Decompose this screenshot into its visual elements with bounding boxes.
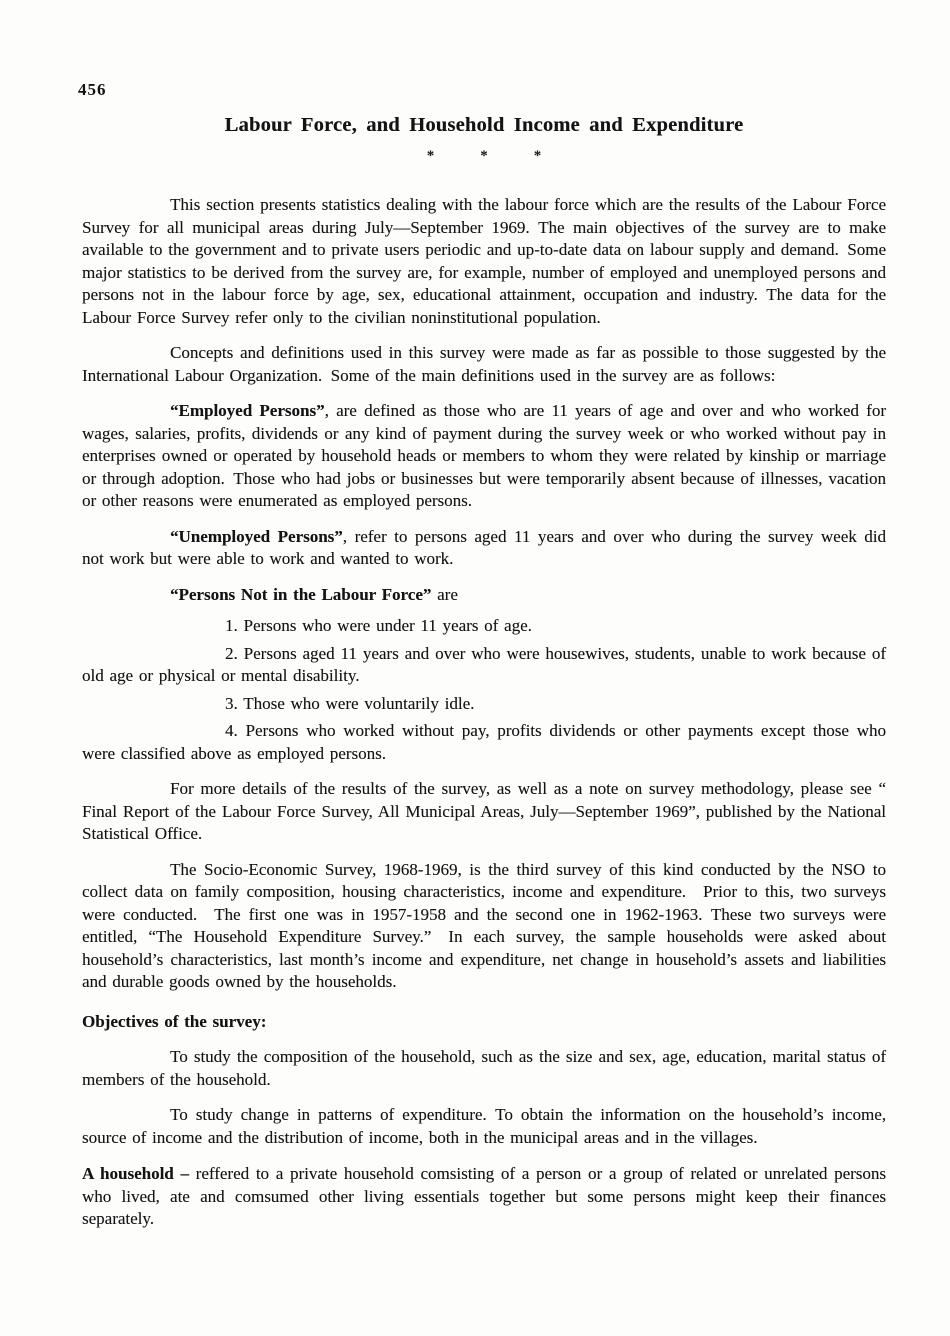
star-glyph: *: [480, 148, 488, 165]
paragraph-intro: This section presents statistics dealing…: [82, 194, 886, 329]
document-page: 456 Labour Force, and Household Income a…: [0, 0, 950, 1336]
list-item-4: 4. Persons who worked without pay, profi…: [82, 720, 886, 765]
term-employed-persons: “Employed Persons”: [170, 401, 325, 420]
paragraph-objective-2: To study change in patterns of expenditu…: [82, 1104, 886, 1149]
objectives-heading: Objectives of the survey:: [82, 1011, 886, 1034]
list-item-3: 3. Those who were voluntarily idle.: [82, 693, 886, 716]
paragraph-not-in-labour-force: “Persons Not in the Labour Force” are: [82, 584, 886, 607]
paragraph-more-details: For more details of the results of the s…: [82, 778, 886, 846]
paragraph-unemployed-persons: “Unemployed Persons”, refer to persons a…: [82, 526, 886, 571]
paragraph-objective-1: To study the composition of the househol…: [82, 1046, 886, 1091]
star-glyph: *: [427, 148, 435, 165]
section-separator: * * *: [82, 148, 886, 165]
paragraph-socio-economic-survey: The Socio-Economic Survey, 1968-1969, is…: [82, 859, 886, 994]
page-number: 456: [78, 80, 107, 100]
list-item-1: 1. Persons who were under 11 years of ag…: [82, 615, 886, 638]
term-unemployed-persons: “Unemployed Persons”: [170, 527, 343, 546]
definition-household: reffered to a private household comsisti…: [82, 1164, 886, 1228]
star-glyph: *: [534, 148, 542, 165]
paragraph-household-definition: A household – reffered to a private hous…: [82, 1163, 886, 1231]
definition-not-in-labour-force: are: [431, 585, 458, 604]
term-household: A household –: [82, 1164, 189, 1183]
term-not-in-labour-force: “Persons Not in the Labour Force”: [170, 585, 431, 604]
paragraph-concepts: Concepts and definitions used in this su…: [82, 342, 886, 387]
paragraph-employed-persons: “Employed Persons”, are defined as those…: [82, 400, 886, 513]
list-item-2: 2. Persons aged 11 years and over who we…: [82, 643, 886, 688]
page-title: Labour Force, and Household Income and E…: [82, 114, 886, 137]
page-content: Labour Force, and Household Income and E…: [0, 114, 950, 1231]
